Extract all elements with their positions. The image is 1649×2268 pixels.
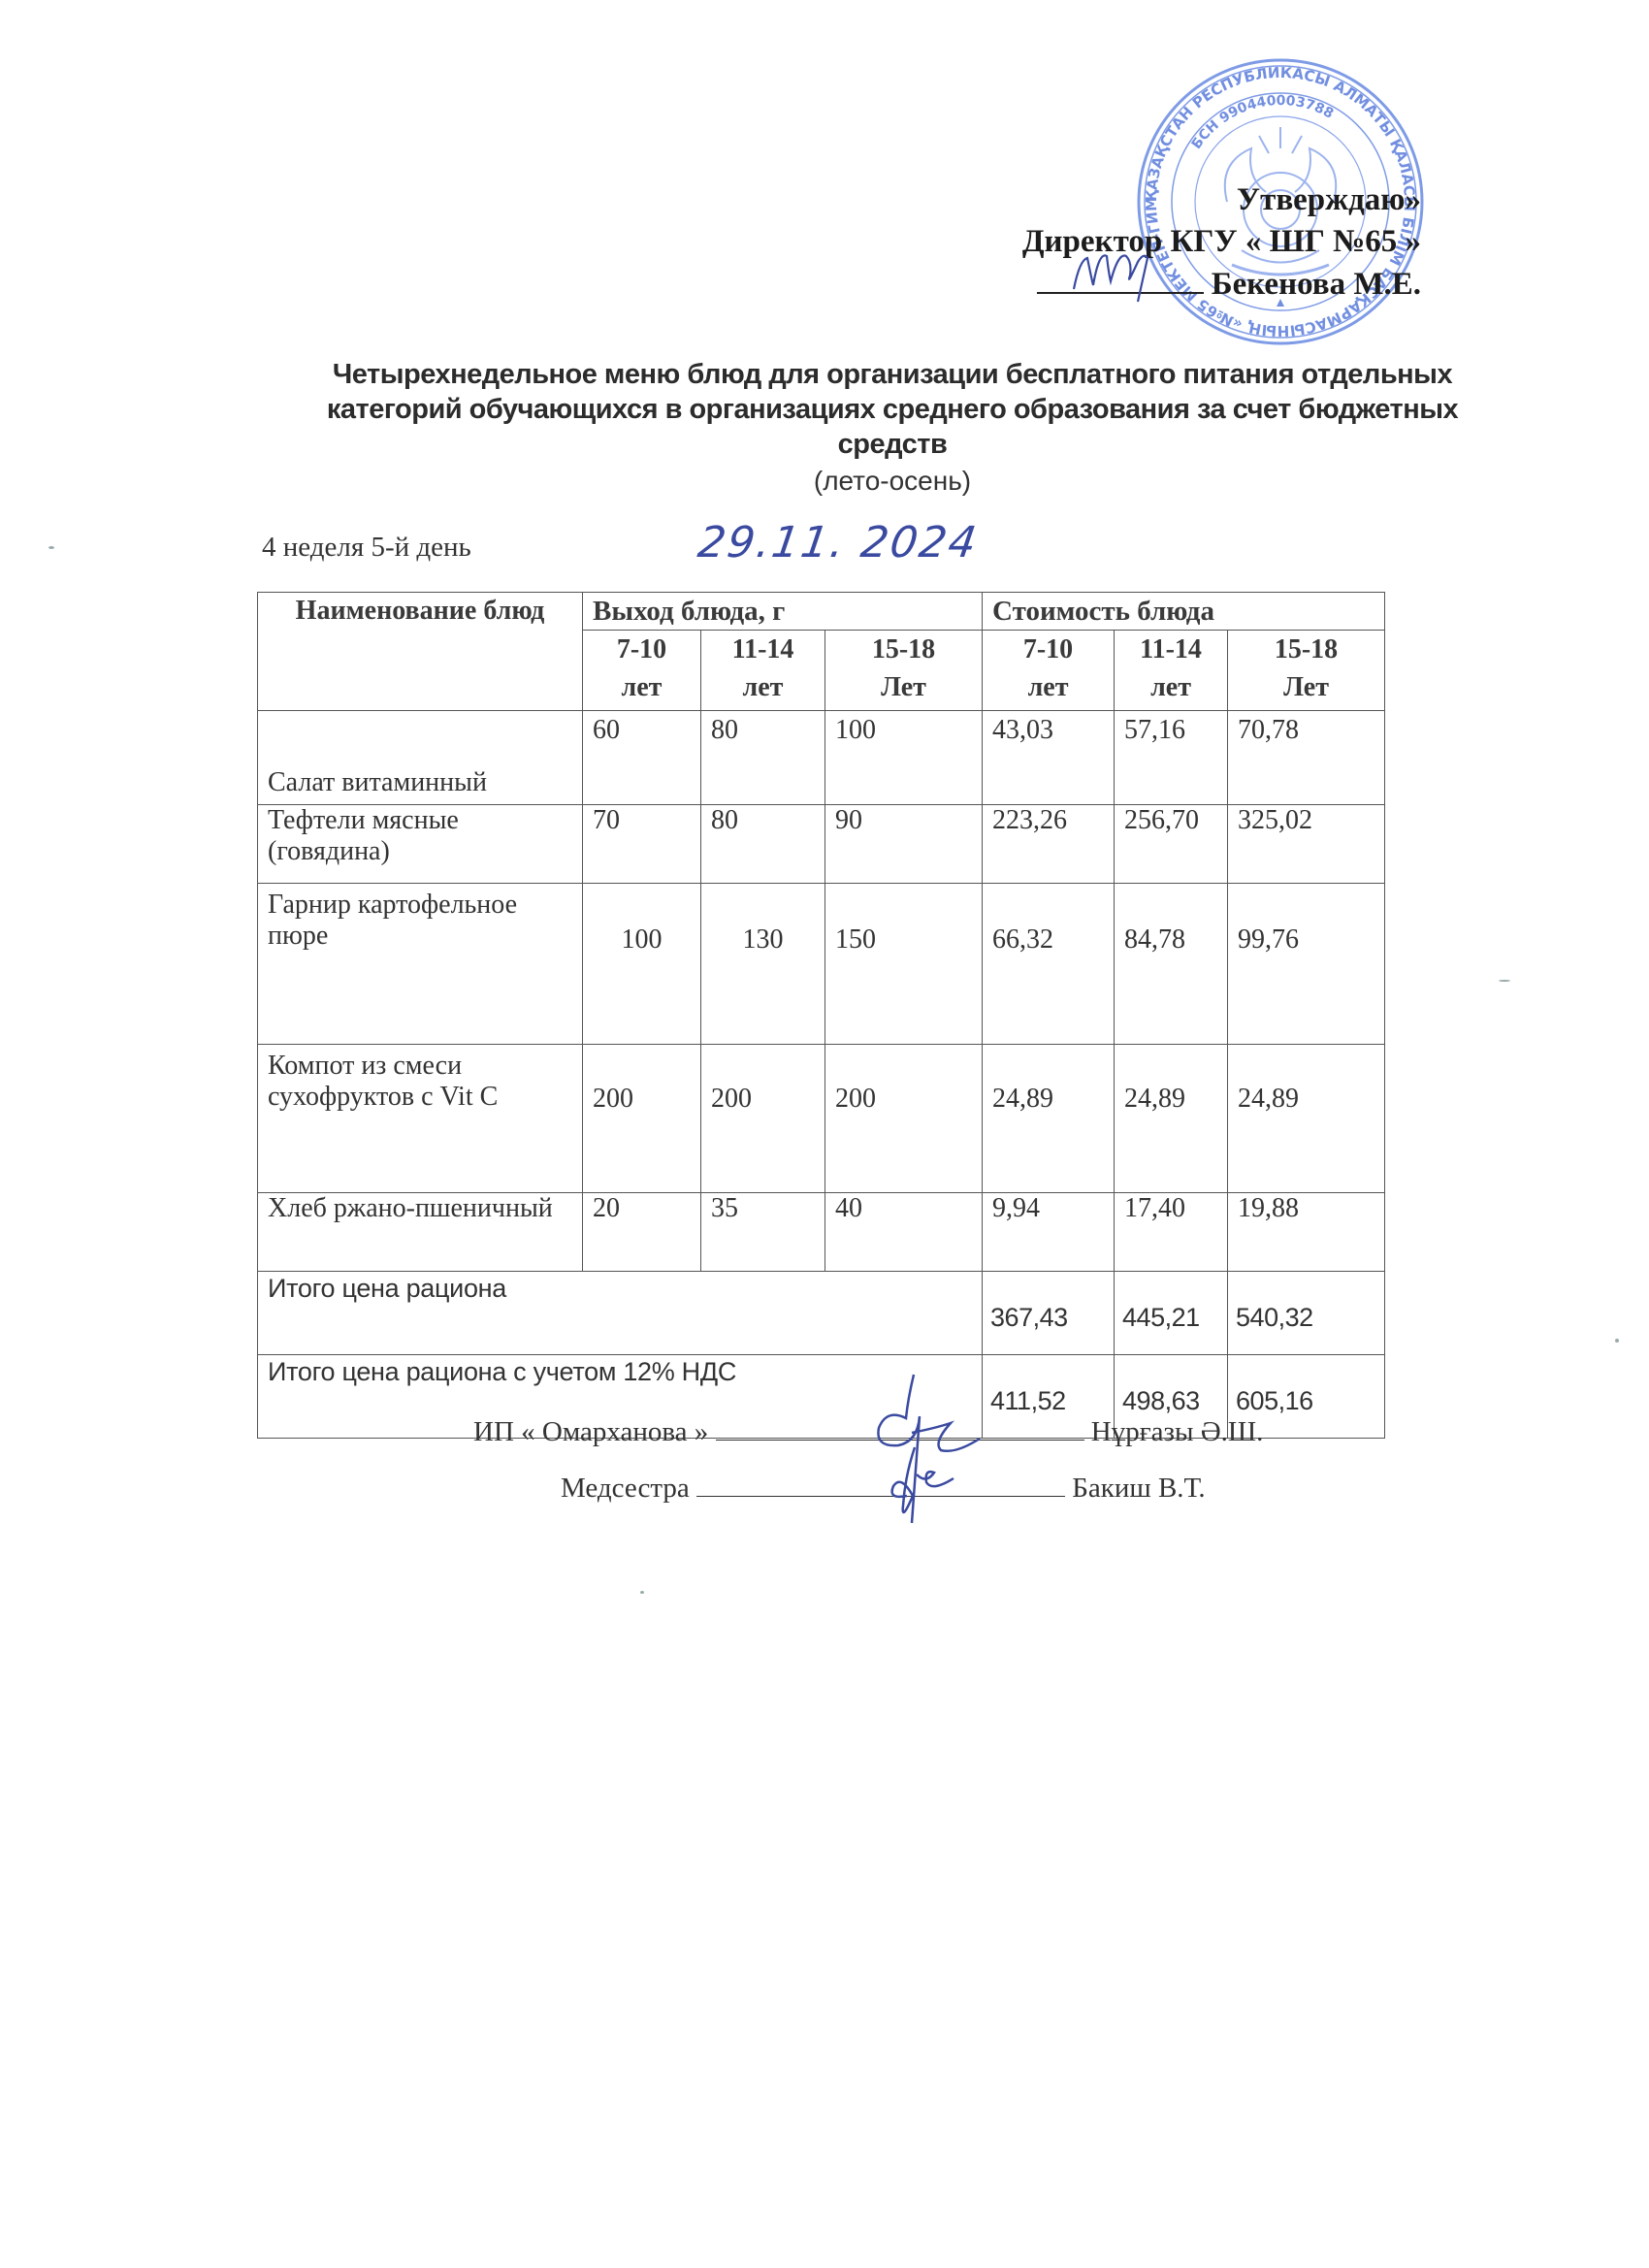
cost-value: 17,40 — [1115, 1193, 1228, 1272]
dish-name: Тефтели мясные (говядина) — [258, 805, 583, 884]
total-value: 540,32 — [1228, 1272, 1385, 1355]
signature-role: ИП « Омарханова » — [473, 1416, 708, 1447]
approval-heading: Утверждаю» — [1022, 179, 1421, 221]
menu-table: Наименование блюд Выход блюда, г Стоимос… — [257, 592, 1385, 1439]
yield-value: 200 — [701, 1045, 825, 1193]
approval-block: Утверждаю» Директор КГУ « ШГ №65 » Бекен… — [1022, 179, 1421, 306]
cost-value: 19,88 — [1228, 1193, 1385, 1272]
yield-value: 90 — [825, 805, 983, 884]
cost-value: 99,76 — [1228, 884, 1385, 1045]
week-day-label: 4 неделя 5-й день — [262, 532, 471, 564]
season-label: (лето-осень) — [272, 464, 1513, 499]
director-signature — [1037, 263, 1204, 294]
dish-name: Хлеб ржано-пшеничный — [258, 1193, 583, 1272]
cost-value: 24,89 — [1115, 1045, 1228, 1193]
cost-value: 57,16 — [1115, 711, 1228, 805]
yield-value: 80 — [701, 711, 825, 805]
signature-scribble-icon — [1066, 236, 1182, 304]
yield-value: 150 — [825, 884, 983, 1045]
yield-value: 20 — [583, 1193, 701, 1272]
header-cost-age-7-10: 7-10лет — [983, 631, 1115, 711]
yield-value: 60 — [583, 711, 701, 805]
header-cost-age-15-18: 15-18Лет — [1228, 631, 1385, 711]
table-row: Салат витаминный 60 80 100 43,03 57,16 7… — [258, 711, 1385, 805]
yield-value: 100 — [825, 711, 983, 805]
table-header-row: Наименование блюд Выход блюда, г Стоимос… — [258, 593, 1385, 631]
total-row: Итого цена рациона 367,43 445,21 540,32 — [258, 1272, 1385, 1355]
header-yield-age-15-18: 15-18Лет — [825, 631, 983, 711]
yield-value: 130 — [701, 884, 825, 1045]
cost-value: 223,26 — [983, 805, 1115, 884]
cost-value: 9,94 — [983, 1193, 1115, 1272]
cost-value: 43,03 — [983, 711, 1115, 805]
scan-artifact — [640, 1591, 644, 1594]
signature-row-supplier: ИП « Омарханова » Нұрғазы Ә.Ш. — [473, 1416, 1263, 1448]
yield-value: 80 — [701, 805, 825, 884]
scan-artifact — [48, 546, 54, 549]
total-value: 445,21 — [1115, 1272, 1228, 1355]
signature-row-nurse: Медсестра Бакиш В.Т. — [561, 1473, 1206, 1505]
document-title: Четырехнедельное меню блюд для организац… — [272, 357, 1513, 462]
director-name: Бекенова М.Е. — [1212, 267, 1421, 302]
yield-value: 100 — [583, 884, 701, 1045]
signature-name: Бакиш В.Т. — [1072, 1473, 1205, 1504]
header-yield-age-7-10: 7-10лет — [583, 631, 701, 711]
table-row: Компот из смеси сухофруктов с Vit C 200 … — [258, 1045, 1385, 1193]
title-line-3: средств — [272, 427, 1513, 462]
table-row: Гарнир картофельное пюре 100 130 150 66,… — [258, 884, 1385, 1045]
approval-signature-line: Бекенова М.Е. — [1022, 263, 1421, 306]
header-yield-group: Выход блюда, г — [583, 593, 983, 631]
header-dish-name: Наименование блюд — [258, 593, 583, 711]
header-cost-group: Стоимость блюда — [983, 593, 1385, 631]
yield-value: 70 — [583, 805, 701, 884]
yield-value: 35 — [701, 1193, 825, 1272]
yield-value: 200 — [825, 1045, 983, 1193]
header-cost-age-11-14: 11-14лет — [1115, 631, 1228, 711]
table-row: Хлеб ржано-пшеничный 20 35 40 9,94 17,40… — [258, 1193, 1385, 1272]
signature-line — [696, 1473, 1065, 1497]
handwritten-date: 29.11. 2024 — [695, 518, 981, 567]
cost-value: 70,78 — [1228, 711, 1385, 805]
yield-value: 200 — [583, 1045, 701, 1193]
title-line-2: категорий обучающихся в организациях сре… — [272, 392, 1513, 427]
signature-name: Нұрғазы Ә.Ш. — [1091, 1416, 1264, 1447]
signature-line — [716, 1416, 1084, 1441]
scan-artifact — [1615, 1339, 1619, 1343]
cost-value: 24,89 — [1228, 1045, 1385, 1193]
cost-value: 66,32 — [983, 884, 1115, 1045]
signature-role: Медсестра — [561, 1473, 690, 1504]
yield-value: 40 — [825, 1193, 983, 1272]
dish-name: Салат витаминный — [258, 711, 583, 805]
cost-value: 256,70 — [1115, 805, 1228, 884]
dish-name: Компот из смеси сухофруктов с Vit C — [258, 1045, 583, 1193]
table-row: Тефтели мясные (говядина) 70 80 90 223,2… — [258, 805, 1385, 884]
scan-artifact — [1499, 980, 1510, 982]
cost-value: 84,78 — [1115, 884, 1228, 1045]
header-yield-age-11-14: 11-14лет — [701, 631, 825, 711]
title-line-1: Четырехнедельное меню блюд для организац… — [272, 357, 1513, 392]
total-value: 367,43 — [983, 1272, 1115, 1355]
cost-value: 24,89 — [983, 1045, 1115, 1193]
dish-name: Гарнир картофельное пюре — [258, 884, 583, 1045]
total-label: Итого цена рациона — [258, 1272, 983, 1355]
cost-value: 325,02 — [1228, 805, 1385, 884]
